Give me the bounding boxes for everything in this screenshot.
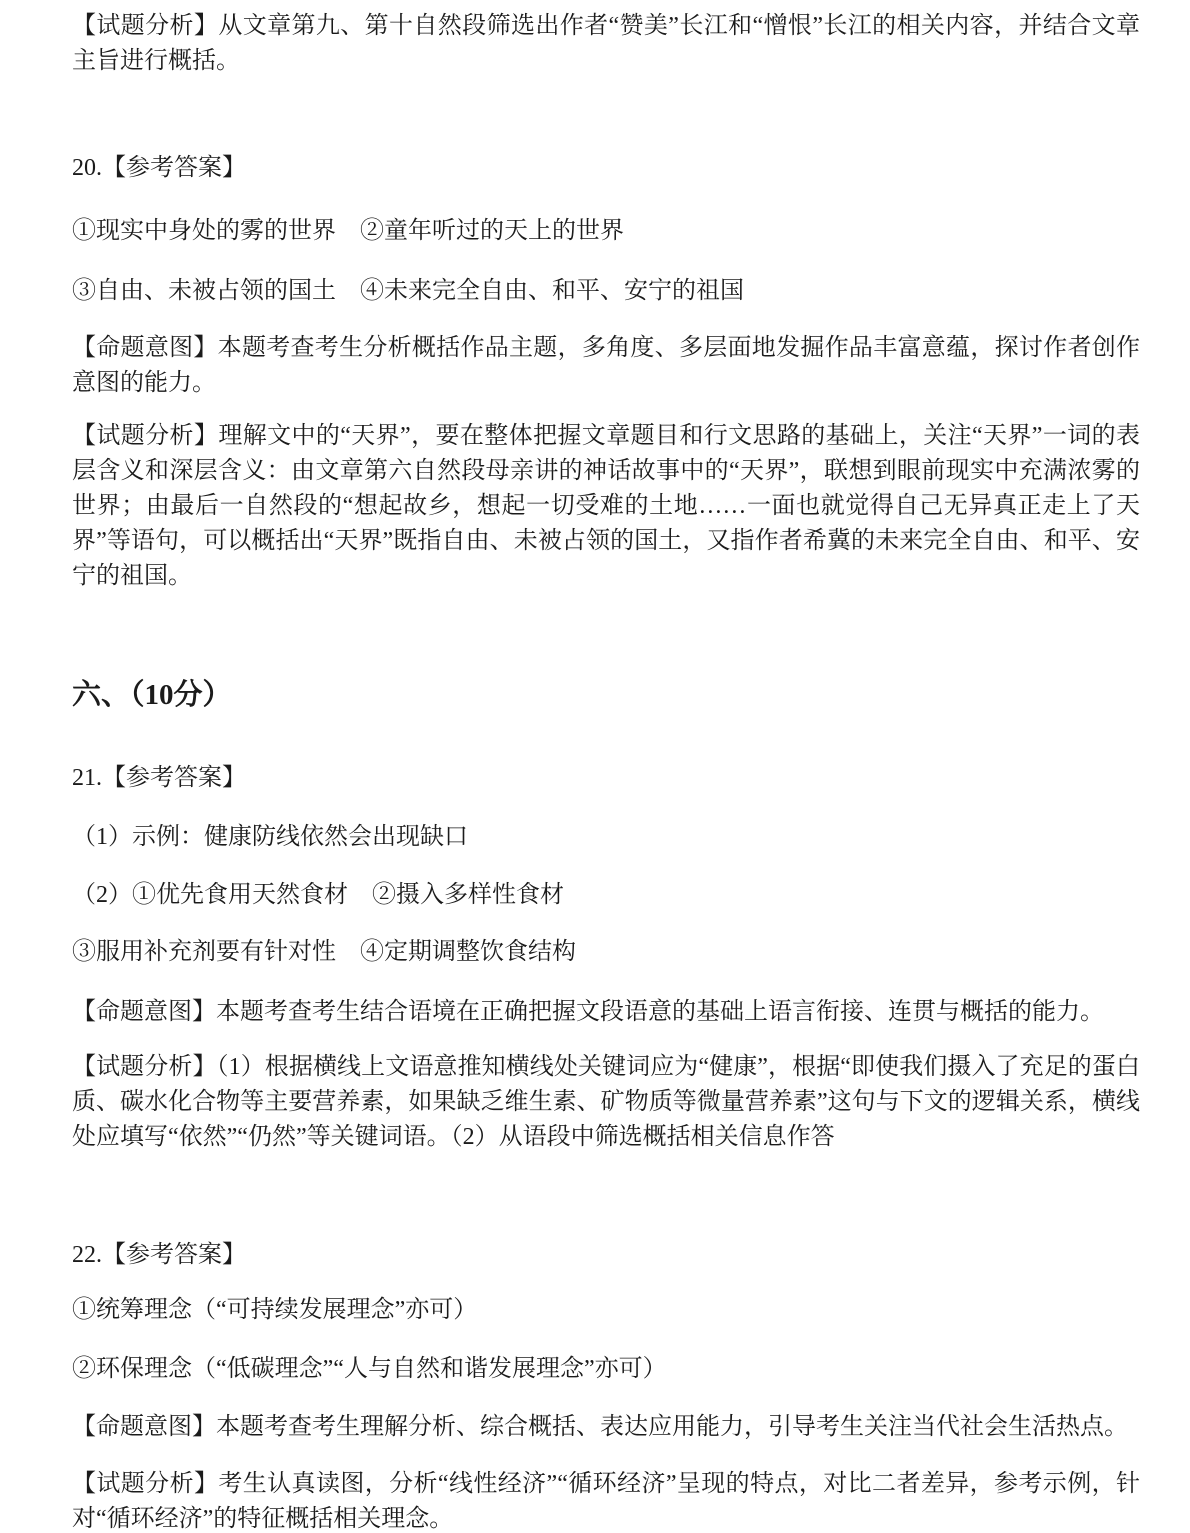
document-page: 【试题分析】从文章第九、第十自然段筛选出作者“赞美”长江和“憎恨”长江的相关内容… bbox=[0, 0, 1190, 1533]
q22-analysis: 【试题分析】考生认真读图，分析“线性经济”“循环经济”呈现的特点，对比二者差异，… bbox=[72, 1467, 1140, 1533]
q22-intent: 【命题意图】本题考查考生理解分析、综合概括、表达应用能力，引导考生关注当代社会生… bbox=[72, 1410, 1140, 1445]
q22-answer-item-2: ②环保理念（“低碳理念”“人与自然和谐发展理念”亦可） bbox=[72, 1352, 1140, 1387]
q21-intent: 【命题意图】本题考查考生结合语境在正确把握文段语意的基础上语言衔接、连贯与概括的… bbox=[72, 995, 1140, 1030]
q20-analysis: 【试题分析】理解文中的“天界”，要在整体把握文章题目和行文思路的基础上，关注“天… bbox=[72, 419, 1140, 594]
q22-answer-label: 22.【参考答案】 bbox=[72, 1238, 1140, 1273]
q21-analysis: 【试题分析】（1）根据横线上文语意推知横线处关键词应为“健康”，根据“即使我们摄… bbox=[72, 1050, 1140, 1155]
q20-answer-points-3-4: ③自由、未被占领的国土 ④未来完全自由、和平、安宁的祖国 bbox=[72, 274, 1140, 309]
q21-answer-part2-items-3-4: ③服用补充剂要有针对性 ④定期调整饮食结构 bbox=[72, 935, 1140, 970]
q19-question-analysis: 【试题分析】从文章第九、第十自然段筛选出作者“赞美”长江和“憎恨”长江的相关内容… bbox=[72, 9, 1140, 79]
section-six-heading: 六、（10分） bbox=[72, 674, 1140, 716]
q20-intent: 【命题意图】本题考查考生分析概括作品主题，多角度、多层面地发掘作品丰富意蕴，探讨… bbox=[72, 331, 1140, 401]
q20-answer-points-1-2: ①现实中身处的雾的世界 ②童年听过的天上的世界 bbox=[72, 214, 1140, 249]
q22-answer-item-1: ①统筹理念（“可持续发展理念”亦可） bbox=[72, 1293, 1140, 1328]
q21-answer-part1: （1）示例：健康防线依然会出现缺口 bbox=[72, 820, 1140, 855]
q21-answer-label: 21.【参考答案】 bbox=[72, 761, 1140, 796]
q21-answer-part2-items-1-2: （2）①优先食用天然食材 ②摄入多样性食材 bbox=[72, 878, 1140, 913]
q20-answer-label: 20.【参考答案】 bbox=[72, 151, 1140, 186]
